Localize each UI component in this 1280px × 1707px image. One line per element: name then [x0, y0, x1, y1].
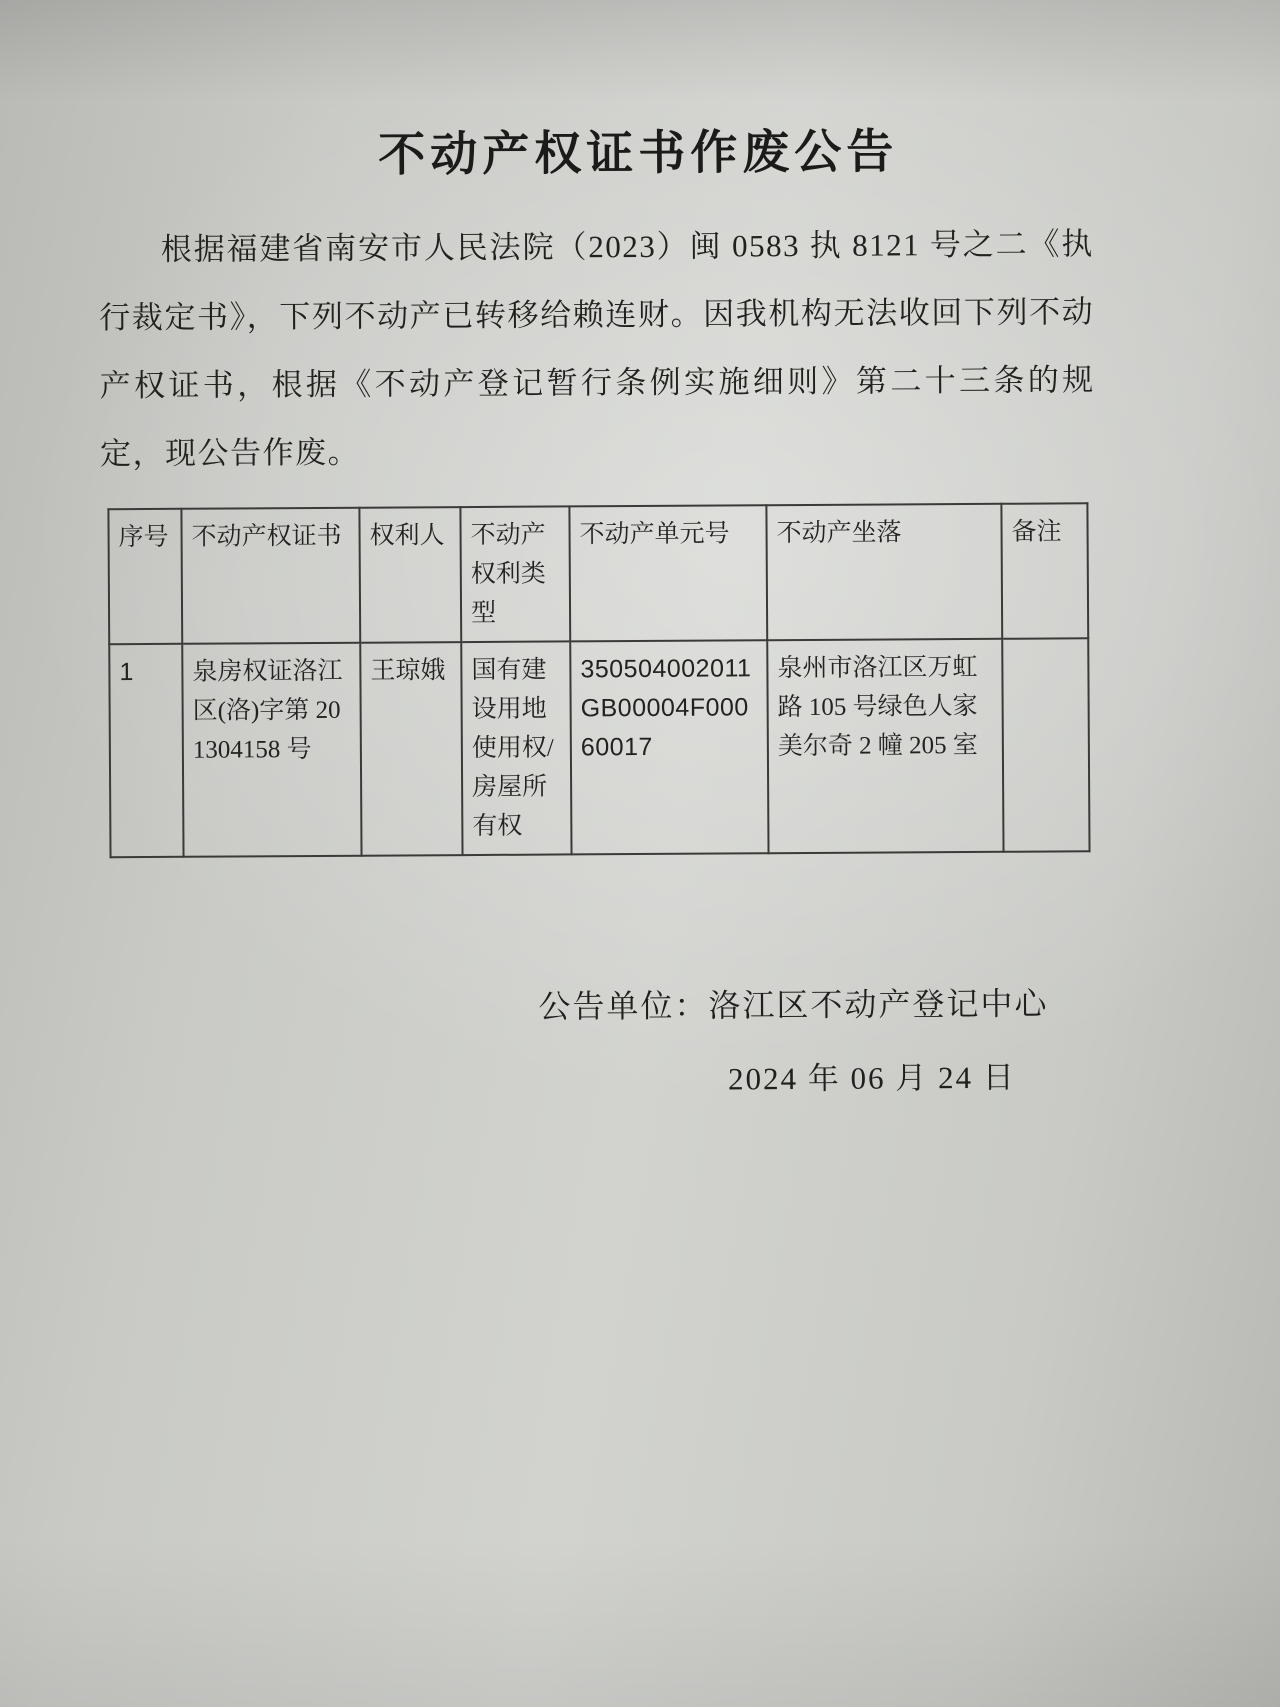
cell-certificate: 泉房权证洛江区(洛)字第 201304158 号: [182, 643, 361, 857]
header-location: 不动产坐落: [766, 504, 1002, 640]
footer-issuer-line: 公告单位：洛江区不动产登记中心: [3, 977, 1280, 1031]
header-unit-number: 不动产单元号: [569, 505, 767, 641]
header-right-type: 不动产权利类型: [460, 506, 570, 642]
cell-right-type: 国有建设用地使用权/房屋所有权: [461, 641, 571, 855]
paper-sheet: 不动产权证书作废公告 根据福建省南安市人民法院（2023）闽 0583 执 81…: [0, 0, 1280, 1707]
document-title: 不动产权证书作废公告: [0, 112, 1278, 187]
header-holder: 权利人: [359, 507, 461, 643]
footer-date-line: 2024 年 06 月 24 日: [4, 1050, 1280, 1103]
cell-location: 泉州市洛江区万虹路 105 号绿色人家美尔奇 2 幢 205 室: [767, 639, 1003, 853]
cell-seq: 1: [109, 644, 183, 857]
announcement-paragraph: 根据福建省南安市人民法院（2023）闽 0583 执 8121 号之二《执行裁定…: [99, 210, 1096, 488]
cell-unit-number: 350504002011GB00004F00060017: [570, 640, 768, 854]
table-row: 1 泉房权证洛江区(洛)字第 201304158 号 王琼娥 国有建设用地使用权…: [109, 638, 1089, 857]
document-content: 不动产权证书作废公告 根据福建省南安市人民法院（2023）闽 0583 执 81…: [0, 0, 1280, 1103]
cell-remark: [1002, 638, 1089, 852]
certificates-table: 序号 不动产权证书 权利人 不动产权利类型 不动产单元号 不动产坐落 备注 1 …: [107, 502, 1090, 858]
header-certificate: 不动产权证书: [181, 508, 360, 644]
table-header-row: 序号 不动产权证书 权利人 不动产权利类型 不动产单元号 不动产坐落 备注: [108, 503, 1088, 644]
header-remark: 备注: [1001, 503, 1088, 639]
header-seq: 序号: [108, 509, 182, 644]
cell-holder: 王琼娥: [360, 642, 462, 856]
